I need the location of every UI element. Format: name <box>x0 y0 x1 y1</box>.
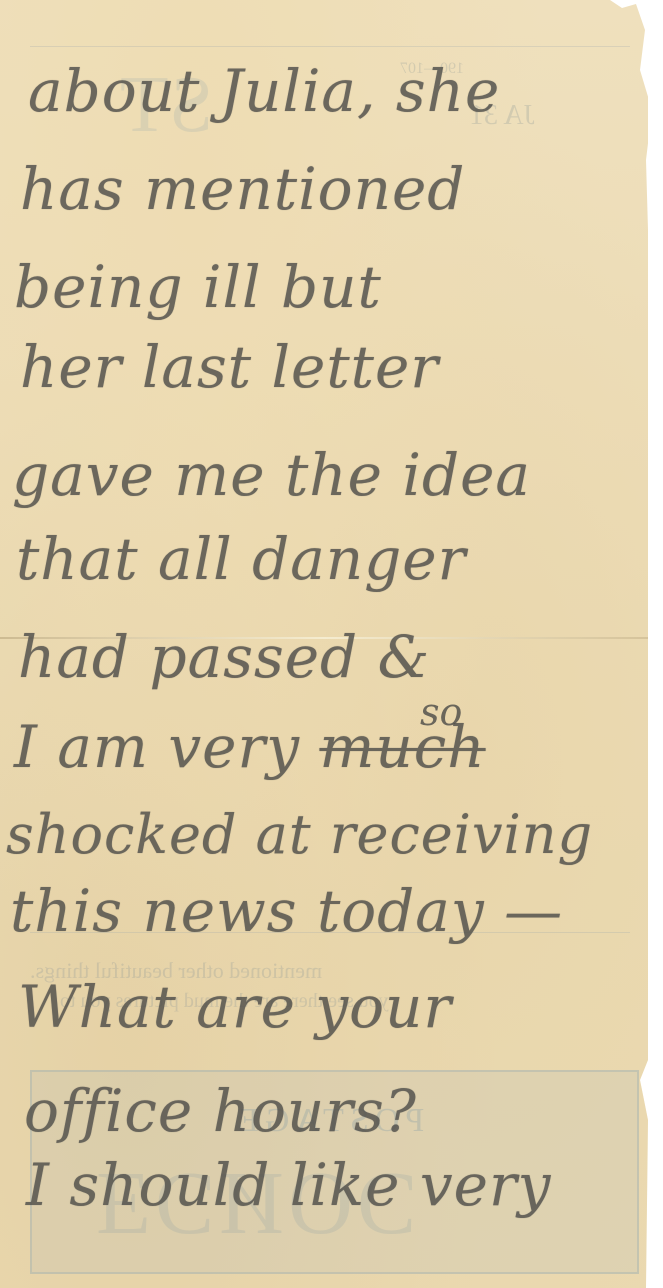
show-through-rule <box>30 46 630 47</box>
line-8-prefix: I am <box>14 713 149 781</box>
handwritten-line-4: her last letter <box>20 338 439 396</box>
handwritten-line-3: being ill but <box>14 258 382 316</box>
line-8-struck-word: much <box>319 713 485 781</box>
handwritten-line-7: had passed & <box>18 628 430 686</box>
handwritten-line-1: about Julia, she <box>28 62 500 120</box>
handwritten-line-12: office hours? <box>24 1082 417 1140</box>
handwritten-line-10: this news today — <box>10 882 563 940</box>
handwritten-line-6: that all danger <box>16 530 466 588</box>
handwritten-line-8: I am very much <box>14 718 486 776</box>
line-8-kept-word: very <box>168 713 300 781</box>
handwritten-line-9: shocked at receiving <box>6 808 593 862</box>
handwritten-line-2: has mentioned <box>20 160 465 218</box>
handwritten-line-11: What are your <box>18 978 452 1036</box>
letter-page: ST 190—107 JA 31 mentioned other beautif… <box>0 0 648 1288</box>
handwritten-line-13: I should like very <box>26 1156 551 1214</box>
handwritten-line-5: gave me the idea <box>12 446 531 504</box>
